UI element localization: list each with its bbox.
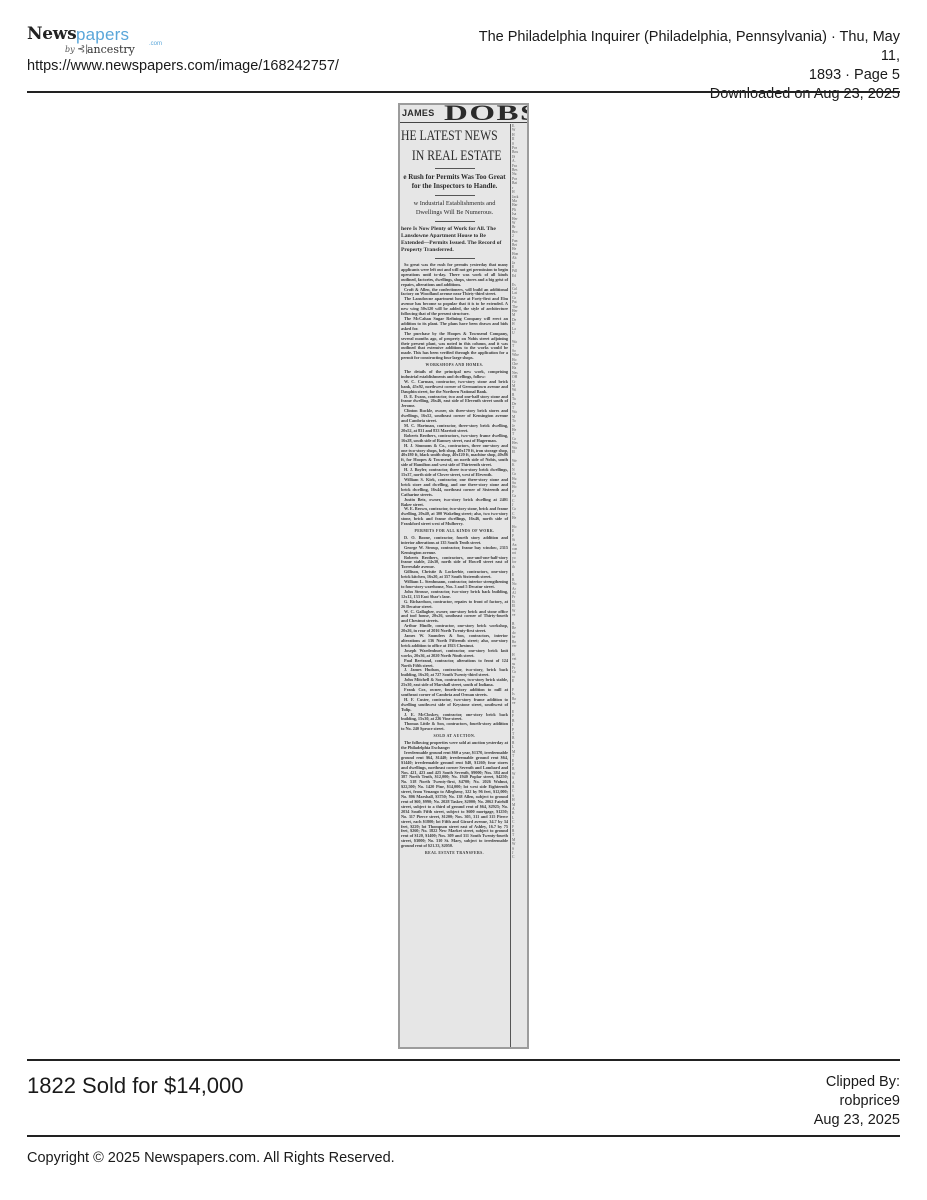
masthead-left-text: JAMES [402, 108, 435, 118]
article-paragraph: W. C. Gallagher, owner, one-story brick … [401, 610, 508, 625]
deck-rule-1 [435, 195, 475, 196]
article-paragraph: William S. Kirk, contractor, one three-s… [401, 478, 508, 498]
page-header: News papers .com by ⊰| ancestry https://… [27, 24, 900, 93]
article-paragraph: Irredeemable ground rent $60 a year, $13… [401, 751, 508, 849]
publication-year-page: 1893 · Page 5 [460, 66, 900, 85]
clipped-date: Aug 23, 2025 [814, 1111, 900, 1130]
logo-com-text: .com [149, 41, 162, 47]
article-paragraph: James W. Saunders & Son, contractors, in… [401, 634, 508, 649]
logo-news-text: News [27, 24, 76, 44]
deck-1: e Rush for Permits Was Too Great for the… [401, 173, 508, 191]
subhead-transfers: REAL ESTATE TRANSFERS. [401, 851, 508, 856]
footer-divider-bottom [27, 1135, 900, 1137]
clipped-by-info: Clipped By: robprice9 Aug 23, 2025 [814, 1073, 900, 1130]
logo-papers-text: papers [76, 25, 129, 45]
column-rule [510, 124, 511, 1047]
headline-line-1: HE LATEST NEWS [401, 128, 484, 144]
newspaper-clipping-image: JAMES DOBS HE LATEST NEWS IN REAL ESTATE… [400, 105, 527, 1047]
newspaper-clipping-frame: JAMES DOBS HE LATEST NEWS IN REAL ESTATE… [398, 103, 529, 1049]
subhead-auction: SOLD AT AUCTION. [401, 734, 508, 739]
adjacent-column-fragment: E. W H II 0 Por Bou IS A. Fra Bes Nu Por… [512, 124, 527, 1047]
article-paragraph: H. J. Simmons & Co., contractors, three … [401, 444, 508, 469]
article-paragraph: So great was the rush for permits yester… [401, 263, 508, 288]
clipped-by-user: robprice9 [814, 1092, 900, 1111]
clipped-by-label: Clipped By: [814, 1073, 900, 1092]
download-date: Downloaded on Aug 23, 2025 [460, 85, 900, 104]
article-paragraph: Clinton Ruckle, owner, six three-story b… [401, 409, 508, 424]
deck-rule-2 [435, 221, 475, 222]
article-paragraph: The McCahan Sugar Refining Company will … [401, 317, 508, 332]
masthead-right-text: DOBS [444, 105, 527, 126]
subhead-workshops: WORKSHOPS AND HOMES. [401, 363, 508, 368]
headline-line-2: IN REAL ESTATE [401, 148, 484, 164]
publication-title-date: The Philadelphia Inquirer (Philadelphia,… [460, 28, 900, 66]
article-paragraph: The purchase by the Hoopes & Townsend Co… [401, 332, 508, 361]
article-paragraph: D. E. Evans, contractor, two and one-hal… [401, 395, 508, 410]
logo-by-text: by [65, 45, 75, 54]
article-paragraph: The Lansdowne apartment house at Forty-f… [401, 297, 508, 317]
footer-divider-top [27, 1059, 900, 1061]
newspapers-logo[interactable]: News papers .com by ⊰| ancestry [27, 24, 167, 58]
deck-rule-3 [435, 258, 475, 259]
article-paragraph: Thomas Little & Son, contractors, fourth… [401, 722, 508, 732]
article-paragraph: W. C. Carman, contractor, two-story ston… [401, 380, 508, 395]
article-column: HE LATEST NEWS IN REAL ESTATE e Rush for… [400, 124, 509, 1047]
copyright-notice: Copyright © 2025 Newspapers.com. All Rig… [27, 1150, 395, 1166]
article-paragraph: H. F. Custer, contractor, two-story fram… [401, 698, 508, 713]
masthead-ad: JAMES DOBS [400, 105, 527, 123]
deck-3: here Is Now Plenty of Work for All. The … [401, 226, 508, 254]
logo-ancestry-text: ancestry [87, 43, 135, 56]
image-url-link[interactable]: https://www.newspapers.com/image/1682427… [27, 58, 339, 74]
article-paragraph: Roberts Brothers, contractors, one-and-o… [401, 556, 508, 571]
header-divider [27, 91, 900, 93]
article-body: So great was the rush for permits yester… [401, 263, 508, 856]
deck-2: w Industrial Establishments and Dwelling… [401, 200, 508, 217]
clipping-caption: 1822 Sold for $14,000 [27, 1073, 244, 1099]
article-paragraph: W. E. Brown, contractor, two-story stone… [401, 507, 508, 527]
subhead-permits: PERMITS FOR ALL KINDS OF WORK. [401, 529, 508, 534]
headline-rule [435, 168, 475, 169]
